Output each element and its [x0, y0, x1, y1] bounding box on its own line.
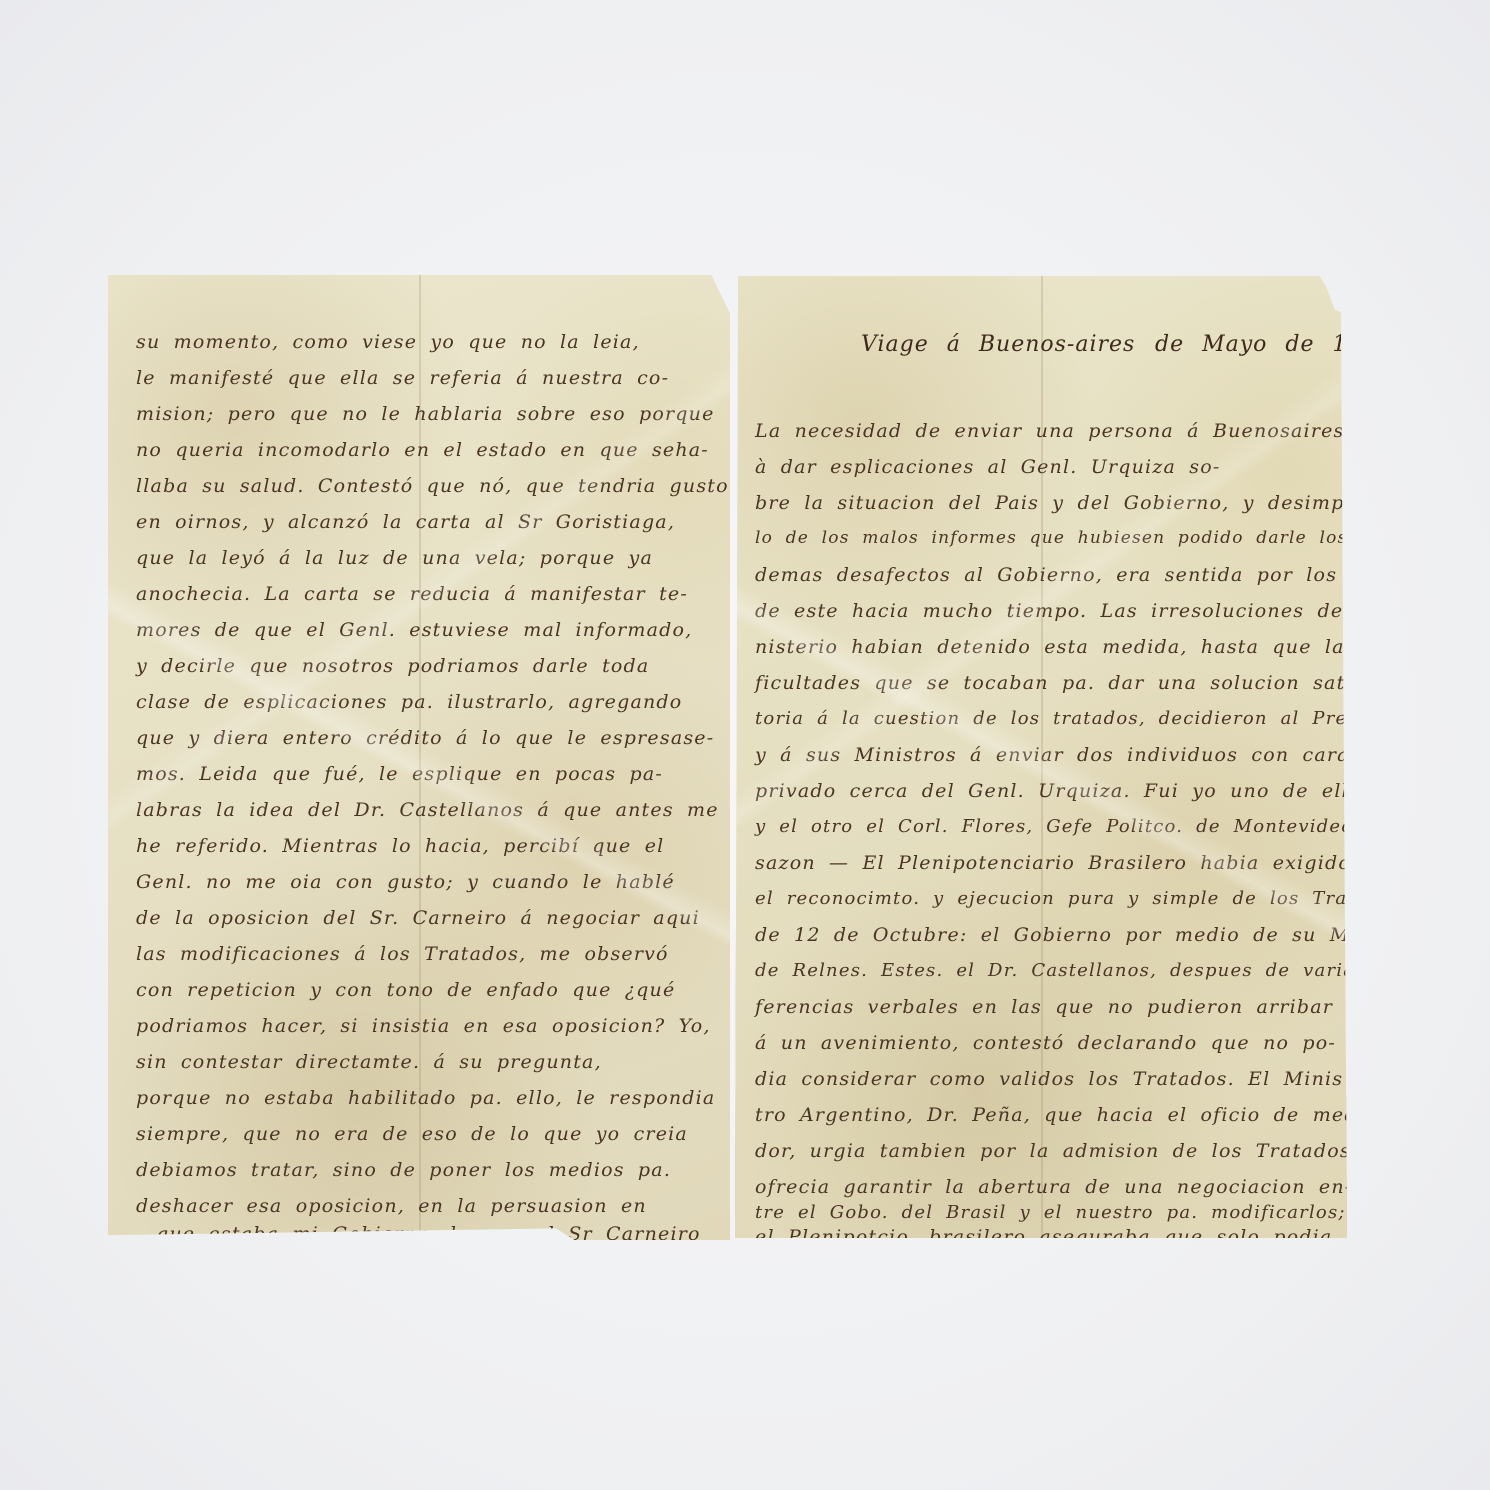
text-line: de la oposicion del Sr. Carneiro á negoc… [136, 907, 700, 929]
text-line: Genl. no me oia con gusto; y cuando le h… [136, 871, 675, 893]
text-line: anochecia. La carta se reducia á manifes… [136, 583, 688, 605]
text-line: porque no estaba habilitado pa. ello, le… [136, 1087, 715, 1109]
text-line: y el otro el Corl. Flores, Gefe Politco.… [755, 816, 1347, 837]
text-line: tro Argentino, Dr. Peña, que hacia el of… [755, 1104, 1347, 1126]
text-line: clase de esplicaciones pa. ilustrarlo, a… [136, 691, 682, 713]
text-line: sazon — El Plenipotenciario Brasilero ha… [755, 852, 1347, 874]
text-line: no queria incomodarlo en el estado en qu… [136, 439, 709, 461]
text-line: y decirle que nosotros podriamos darle t… [136, 655, 649, 677]
text-line: podriamos hacer, si insistia en esa opos… [136, 1015, 711, 1037]
manuscript-page-right: Viage á Buenos-aires de Mayo de 1852. La… [735, 276, 1347, 1238]
left-page-text: su momento, como viese yo que no la leia… [108, 275, 730, 1240]
text-line: demas desafectos al Gobierno, era sentid… [755, 564, 1347, 586]
text-line: dor, urgia tambien por la admision de lo… [755, 1140, 1347, 1162]
text-line: nisterio habian detenido esta medida, ha… [755, 636, 1347, 658]
text-line: le manifesté que ella se referia á nuest… [136, 367, 669, 389]
text-line: dia considerar como validos los Tratados… [755, 1068, 1343, 1090]
text-line: y á sus Ministros á enviar dos individuo… [755, 744, 1347, 766]
text-line: su momento, como viese yo que no la leia… [136, 331, 640, 353]
text-line: à dar esplicaciones al Genl. Urquiza so- [755, 456, 1221, 478]
text-line: las modificaciones á los Tratados, me ob… [136, 943, 669, 965]
text-line: de este hacia mucho tiempo. Las irresolu… [755, 600, 1347, 622]
text-line: de 12 de Octubre: el Gobierno por medio … [755, 924, 1347, 946]
text-line: La necesidad de enviar una persona á Bue… [755, 420, 1347, 442]
text-line: el Plenipotcio. brasilero aseguraba que … [755, 1226, 1332, 1238]
text-line: llaba su salud. Contestó que nó, que ten… [136, 475, 729, 497]
text-line: debiamos tratar, sino de poner los medio… [136, 1159, 671, 1181]
text-line: el reconocimto. y ejecucion pura y simpl… [755, 888, 1347, 909]
text-line: mision; pero que no le hablaria sobre es… [136, 403, 715, 425]
text-line: he referido. Mientras lo hacia, percibí … [136, 835, 664, 857]
text-line: labras la idea del Dr. Castellanos á que… [136, 799, 719, 821]
text-line: mos. Leida que fué, le esplique en pocas… [136, 763, 663, 785]
text-line: ferencias verbales en las que no pudiero… [755, 996, 1333, 1018]
text-line: á un avenimiento, contestó declarando qu… [755, 1032, 1336, 1054]
right-page-text: La necesidad de enviar una persona á Bue… [735, 276, 1347, 1238]
text-line: mores de que el Genl. estuviese mal info… [136, 619, 692, 641]
text-line: que y diera entero crédito á lo que le e… [136, 727, 714, 749]
text-line: bre la situacion del Pais y del Gobierno… [755, 492, 1347, 514]
text-line: privado cerca del Genl. Urquiza. Fui yo … [755, 780, 1347, 802]
text-line: de Relnes. Estes. el Dr. Castellanos, de… [755, 960, 1347, 981]
text-line: toria á la cuestion de los tratados, dec… [755, 708, 1347, 729]
text-line: que la leyó á la luz de una vela; porque… [136, 547, 653, 569]
text-line: sin contestar directamte. á su pregunta, [136, 1051, 602, 1073]
text-line: en oirnos, y alcanzó la carta al Sr Gori… [136, 511, 675, 533]
text-line: siempre, que no era de eso de lo que yo … [136, 1123, 688, 1145]
text-line: lo de los malos informes que hubiesen po… [755, 528, 1347, 548]
text-line: ofrecia garantir la abertura de una nego… [755, 1176, 1347, 1198]
manuscript-page-left: su momento, como viese yo que no la leia… [108, 275, 730, 1240]
text-line: ficultades que se tocaban pa. dar una so… [755, 672, 1347, 694]
text-line: tre el Gobo. del Brasil y el nuestro pa.… [755, 1202, 1347, 1223]
text-line: deshacer esa oposicion, en la persuasion… [136, 1195, 647, 1217]
text-line: con repeticion y con tono de enfado que … [136, 979, 675, 1001]
